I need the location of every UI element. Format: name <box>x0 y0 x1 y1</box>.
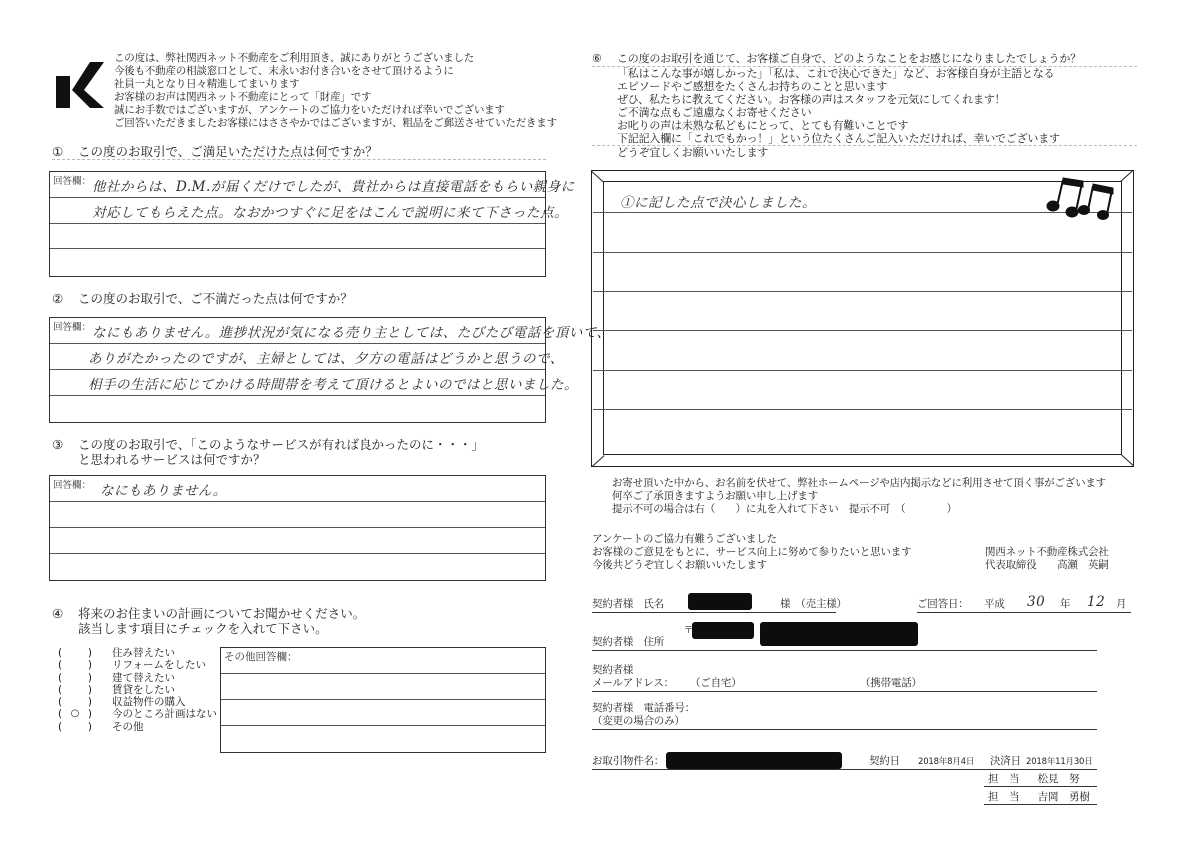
q6-title: ⑥この度のお取引を通じて、お客様ご自身で、どのようなことをお感じになりましたでし… <box>592 52 1137 67</box>
staff-row: 担 当 吉岡 勇樹 <box>984 789 1097 805</box>
date-label: ご回答日： <box>917 598 969 611</box>
notice-line: 提示不可の場合は右（ ）に丸を入れて下さい 提示不可 （ ） <box>612 503 1106 516</box>
name-label: 契約者様 氏名 <box>592 598 664 611</box>
email-field[interactable]: メールアドレス： （ご自宅） （携帯電話） <box>592 677 1097 692</box>
answer-text: なにもありません。進捗状況が気になる売り主としては、たびたび電話を頂いて、 <box>92 321 611 341</box>
thanks-message: アンケートのご協力有難うございました お客様のご意見をもとに、サービス向上に努め… <box>592 533 911 572</box>
answer-row[interactable] <box>50 502 545 528</box>
q1-title: ①この度のお取引で、ご満足いただけた点は何ですか？ <box>52 144 546 160</box>
option-label: 住み替えたい <box>112 647 175 659</box>
company-name: 関西ネット不動産株式会社 <box>985 546 1109 559</box>
checkbox-no-plan[interactable]: (○)今のところ計画はない <box>58 708 228 720</box>
contract-date-label: 契約日 <box>869 755 900 768</box>
email-label: メールアドレス： <box>592 677 674 690</box>
answer-row[interactable] <box>50 554 545 580</box>
answer-row[interactable] <box>50 396 545 422</box>
frame-corner <box>592 455 605 466</box>
other-answer-label: その他回答欄： <box>224 649 298 664</box>
q2-answer-box[interactable]: 回答欄： なにもありません。進捗状況が気になる売り主としては、たびたび電話を頂い… <box>49 317 546 423</box>
answer-row[interactable]: 相手の生活に応じてかける時間帯を考えて頂けるとよいのではと思いました。 <box>50 370 545 396</box>
intro-line: ご回答いただきましたお客様にはささやかではございますが、粗品をご郵送させていただ… <box>114 117 574 130</box>
q6-prompt: ⑥この度のお取引を通じて、お客様ご自身で、どのようなことをお感じになりましたでし… <box>592 52 1137 159</box>
answer-label: 回答欄： <box>53 319 91 333</box>
option-label: 賃貸をしたい <box>112 684 175 696</box>
q6-line: どうぞ宜しくお願いいたします <box>592 146 1137 159</box>
answer-row[interactable] <box>50 224 545 249</box>
q3-subtitle: と思われるサービスは何ですか？ <box>52 452 484 467</box>
email-mobile-label: （携帯電話） <box>860 677 922 690</box>
q3-text: この度のお取引で、「このようなサービスが有れば良かったのに・・・」 <box>78 437 484 452</box>
answer-text: 対応してもらえた点。なおかつすぐに足をはこんで説明に来て下さった点。 <box>92 201 568 221</box>
check-mark <box>68 721 82 733</box>
checkbox-move[interactable]: ()住み替えたい <box>58 647 228 659</box>
answer-row[interactable]: 回答欄： 他社からは、D.M.が届くだけでしたが、貴社からは直接電話をもらい親身… <box>50 172 545 198</box>
check-mark <box>68 672 82 684</box>
ruled-line <box>593 252 1132 253</box>
music-notes-icon <box>1041 176 1121 222</box>
publication-notice: お寄せ頂いた中から、お名前を伏せて、弊社ホームページや店内掲示などに利用させて頂… <box>612 477 1106 516</box>
check-mark <box>68 659 82 671</box>
q1-answer-box[interactable]: 回答欄： 他社からは、D.M.が届くだけでしたが、貴社からは直接電話をもらい親身… <box>49 171 546 277</box>
thanks-line: アンケートのご協力有難うございました <box>592 533 911 546</box>
q6-answer-area[interactable]: ①に記した点で決心しました。 <box>603 181 1122 455</box>
answer-text: ありがたかったのですが、主婦としては、夕方の電話はどうかと思うので、 <box>88 347 564 367</box>
frame-corner <box>1121 455 1134 466</box>
company-logo <box>56 60 104 108</box>
representative: 代表取締役 高瀬 英嗣 <box>985 559 1109 572</box>
staff-name: 松見 努 <box>1038 771 1080 786</box>
answer-text: 他社からは、D.M.が届くだけでしたが、貴社からは直接電話をもらい親身に <box>92 175 575 195</box>
q6-line: お叱りの声は未熟な私どもにとって、とても有難いことです <box>592 119 1137 132</box>
q6-line: ぜひ、私たちに教えてください。お客様の声はスタッフを元気にしてくれます！ <box>592 93 1137 106</box>
answer-text: 相手の生活に応じてかける時間帯を考えて頂けるとよいのではと思いました。 <box>88 373 578 393</box>
email-label-top: 契約者様 <box>592 664 633 677</box>
settlement-date-label: 決済日 <box>990 755 1021 768</box>
answer-row[interactable]: 対応してもらえた点。なおかつすぐに足をはこんで説明に来て下さった点。 <box>50 198 545 224</box>
check-mark <box>68 696 82 708</box>
q1-number: ① <box>52 144 78 159</box>
q6-answer-frame[interactable]: ①に記した点で決心しました。 <box>591 170 1134 467</box>
q6-title-text: この度のお取引を通じて、お客様ご自身で、どのようなことをお感じになりましたでしょ… <box>617 52 1081 65</box>
phone-field[interactable]: （変更の場合のみ） <box>592 715 1097 730</box>
thanks-line: お客様のご意見をもとに、サービス向上に努めて参りたいと思います <box>592 546 911 559</box>
q4-other-answer-box[interactable]: その他回答欄： <box>220 647 546 753</box>
ruled-line <box>593 409 1132 410</box>
plan-checklist: ()住み替えたい ()リフォームをしたい ()建て替えたい ()賃貸をしたい (… <box>58 647 228 733</box>
check-mark <box>68 647 82 659</box>
answer-text: なにもありません。 <box>100 479 227 499</box>
option-label: リフォームをしたい <box>112 659 206 671</box>
q1-text: この度のお取引で、ご満足いただけた点は何ですか？ <box>78 144 378 159</box>
intro-line: 誠にお手数ではございますが、アンケートのご協力をいただければ幸いでございます <box>114 104 574 117</box>
intro-line: この度は、弊社関西ネット不動産をご利用頂き、誠にありがとうございました <box>114 52 574 65</box>
staff-row: 担 当 松見 努 <box>984 771 1097 787</box>
q2-number: ② <box>52 291 78 306</box>
intro-line: 社員一丸となり日々精進してまいります <box>114 78 574 91</box>
answer-row[interactable] <box>221 700 545 726</box>
ruled-line <box>593 330 1132 331</box>
q4-text: 将来のお住まいの計画についてお聞かせください。 <box>78 606 365 621</box>
settlement-date: 2018年11月30日 <box>1026 756 1093 769</box>
company-signature: 関西ネット不動産株式会社 代表取締役 高瀬 英嗣 <box>985 546 1109 572</box>
intro-line: 今後も不動産の相談窓口として、末永いお付き合いをさせて頂けるように <box>114 65 574 78</box>
address-label: 契約者様 住所 <box>592 636 664 649</box>
redacted-address <box>760 622 918 646</box>
year-value: 30 <box>1027 596 1045 609</box>
option-label: 建て替えたい <box>112 672 175 684</box>
month-unit: 月 <box>1116 598 1126 611</box>
era: 平成 <box>984 598 1005 611</box>
checkbox-other[interactable]: ()その他 <box>58 721 228 733</box>
q6-line: 「私はこんな事が嬉しかった」「私は、これで決心できた」など、お客様自身が主語とな… <box>592 67 1137 80</box>
q3-answer-box[interactable]: 回答欄： なにもありません。 <box>49 475 546 581</box>
answer-label: 回答欄： <box>53 173 91 187</box>
contract-date: 2018年8月4日 <box>918 756 974 769</box>
checkbox-reform[interactable]: ()リフォームをしたい <box>58 659 228 671</box>
answer-row[interactable] <box>50 528 545 554</box>
q3-number: ③ <box>52 437 78 452</box>
answer-row[interactable]: ありがたかったのですが、主婦としては、夕方の電話はどうかと思うので、 <box>50 344 545 370</box>
redacted-name <box>688 593 752 610</box>
q4-subtitle: 該当します項目にチェックを入れて下さい。 <box>52 621 365 636</box>
check-mark <box>68 684 82 696</box>
name-suffix: 様 （売主様） <box>780 598 847 611</box>
q3-title: ③この度のお取引で、「このようなサービスが有れば良かったのに・・・」 と思われる… <box>52 437 484 467</box>
checkbox-investment[interactable]: ()収益物件の購入 <box>58 696 228 708</box>
checkbox-rent[interactable]: ()賃貸をしたい <box>58 684 228 696</box>
intro-message: この度は、弊社関西ネット不動産をご利用頂き、誠にありがとうございました 今後も不… <box>114 52 574 130</box>
q6-number: ⑥ <box>592 52 617 66</box>
ruled-line <box>593 370 1132 371</box>
q2-text: この度のお取引で、ご不満だった点は何ですか？ <box>78 291 353 306</box>
staff-name: 吉岡 勇樹 <box>1038 789 1091 804</box>
checkbox-rebuild[interactable]: ()建て替えたい <box>58 672 228 684</box>
answer-row[interactable] <box>221 726 545 752</box>
frame-corner <box>591 171 604 182</box>
answer-date-field[interactable]: ご回答日： 平成 30 年 12 月 <box>917 597 1131 613</box>
redacted-postal-code <box>692 622 754 639</box>
q6-line: ご不満な点もご遠慮なくお寄せください <box>592 106 1137 119</box>
answer-label: 回答欄： <box>53 477 91 491</box>
answer-row[interactable] <box>50 249 545 275</box>
q6-answer-text: ①に記した点で決心しました。 <box>620 191 816 211</box>
q4-title: ④将来のお住まいの計画についてお聞かせください。 該当します項目にチェックを入れ… <box>52 606 365 636</box>
redacted-property-name <box>666 752 842 769</box>
answer-row[interactable]: 回答欄： なにもありません。進捗状況が気になる売り主としては、たびたび電話を頂い… <box>50 318 545 344</box>
k-logo-icon <box>56 60 104 108</box>
option-label: その他 <box>112 721 144 733</box>
phone-label: 契約者様 電話番号： <box>592 702 695 715</box>
answer-row[interactable]: その他回答欄： <box>221 648 545 674</box>
ruled-line <box>593 291 1132 292</box>
q4-number: ④ <box>52 606 78 621</box>
property-label: お取引物件名： <box>592 755 664 768</box>
notice-line: 何卒ご了承頂きますようお願い申し上げます <box>612 490 1106 503</box>
month-value: 12 <box>1087 596 1105 609</box>
email-home-label: （ご自宅） <box>690 677 742 690</box>
notice-line: お寄せ頂いた中から、お名前を伏せて、弊社ホームページや店内掲示などに利用させて頂… <box>612 477 1106 490</box>
q6-line: エピソードやご感想をたくさんお持ちのことと思います <box>592 80 1137 93</box>
option-label: 今のところ計画はない <box>112 708 217 720</box>
check-mark: ○ <box>68 708 82 720</box>
staff-role: 担 当 <box>988 771 1020 786</box>
frame-corner <box>1120 170 1133 181</box>
answer-row[interactable]: 回答欄： なにもありません。 <box>50 476 545 502</box>
phone-note: （変更の場合のみ） <box>592 715 685 728</box>
option-label: 収益物件の購入 <box>112 696 186 708</box>
q2-title: ②この度のお取引で、ご不満だった点は何ですか？ <box>52 291 353 306</box>
staff-role: 担 当 <box>988 789 1020 804</box>
thanks-line: 今後共どうぞ宜しくお願いいたします <box>592 559 911 572</box>
intro-line: お客様のお声は関西ネット不動産にとって「財産」です <box>114 91 574 104</box>
year-unit: 年 <box>1060 598 1070 611</box>
answer-row[interactable] <box>221 674 545 700</box>
staff-list: 担 当 松見 努 担 当 吉岡 勇樹 <box>984 771 1097 805</box>
q6-line: 下記記入欄に「これでもかっ！」という位たくさんご記入いただければ、幸いでございま… <box>592 132 1137 146</box>
